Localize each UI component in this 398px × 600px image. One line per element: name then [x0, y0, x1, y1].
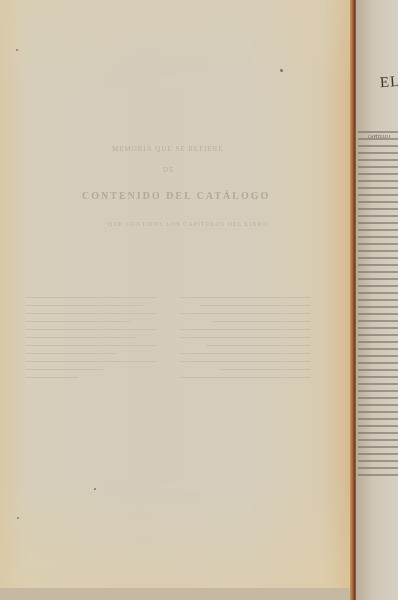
- bleed-text-line1: MEMORIA QUE SE REFIERE: [112, 145, 224, 153]
- paper-speck: [16, 49, 18, 51]
- right-page-text: [356, 126, 398, 480]
- right-page: EL C CAPÍTULO I: [356, 0, 398, 600]
- paper-speck: [17, 517, 19, 519]
- bleed-column-right: [180, 290, 310, 450]
- right-page-header: EL C: [379, 73, 398, 92]
- bleed-text-subtitle: QUE CONTIENE LOS CAPÍTULOS DEL LIBRO: [108, 222, 268, 228]
- bleed-column-left: [26, 290, 156, 450]
- paper-speck: [280, 69, 283, 72]
- bleed-text-title: CONTENIDO DEL CATÁLOGO: [82, 191, 270, 202]
- paper-speck: [94, 488, 96, 490]
- bleed-text-line2: DE: [163, 166, 174, 174]
- left-page: MEMORIA QUE SE REFIERE DE CONTENIDO DEL …: [0, 0, 352, 600]
- page-bottom-edge: [0, 588, 352, 600]
